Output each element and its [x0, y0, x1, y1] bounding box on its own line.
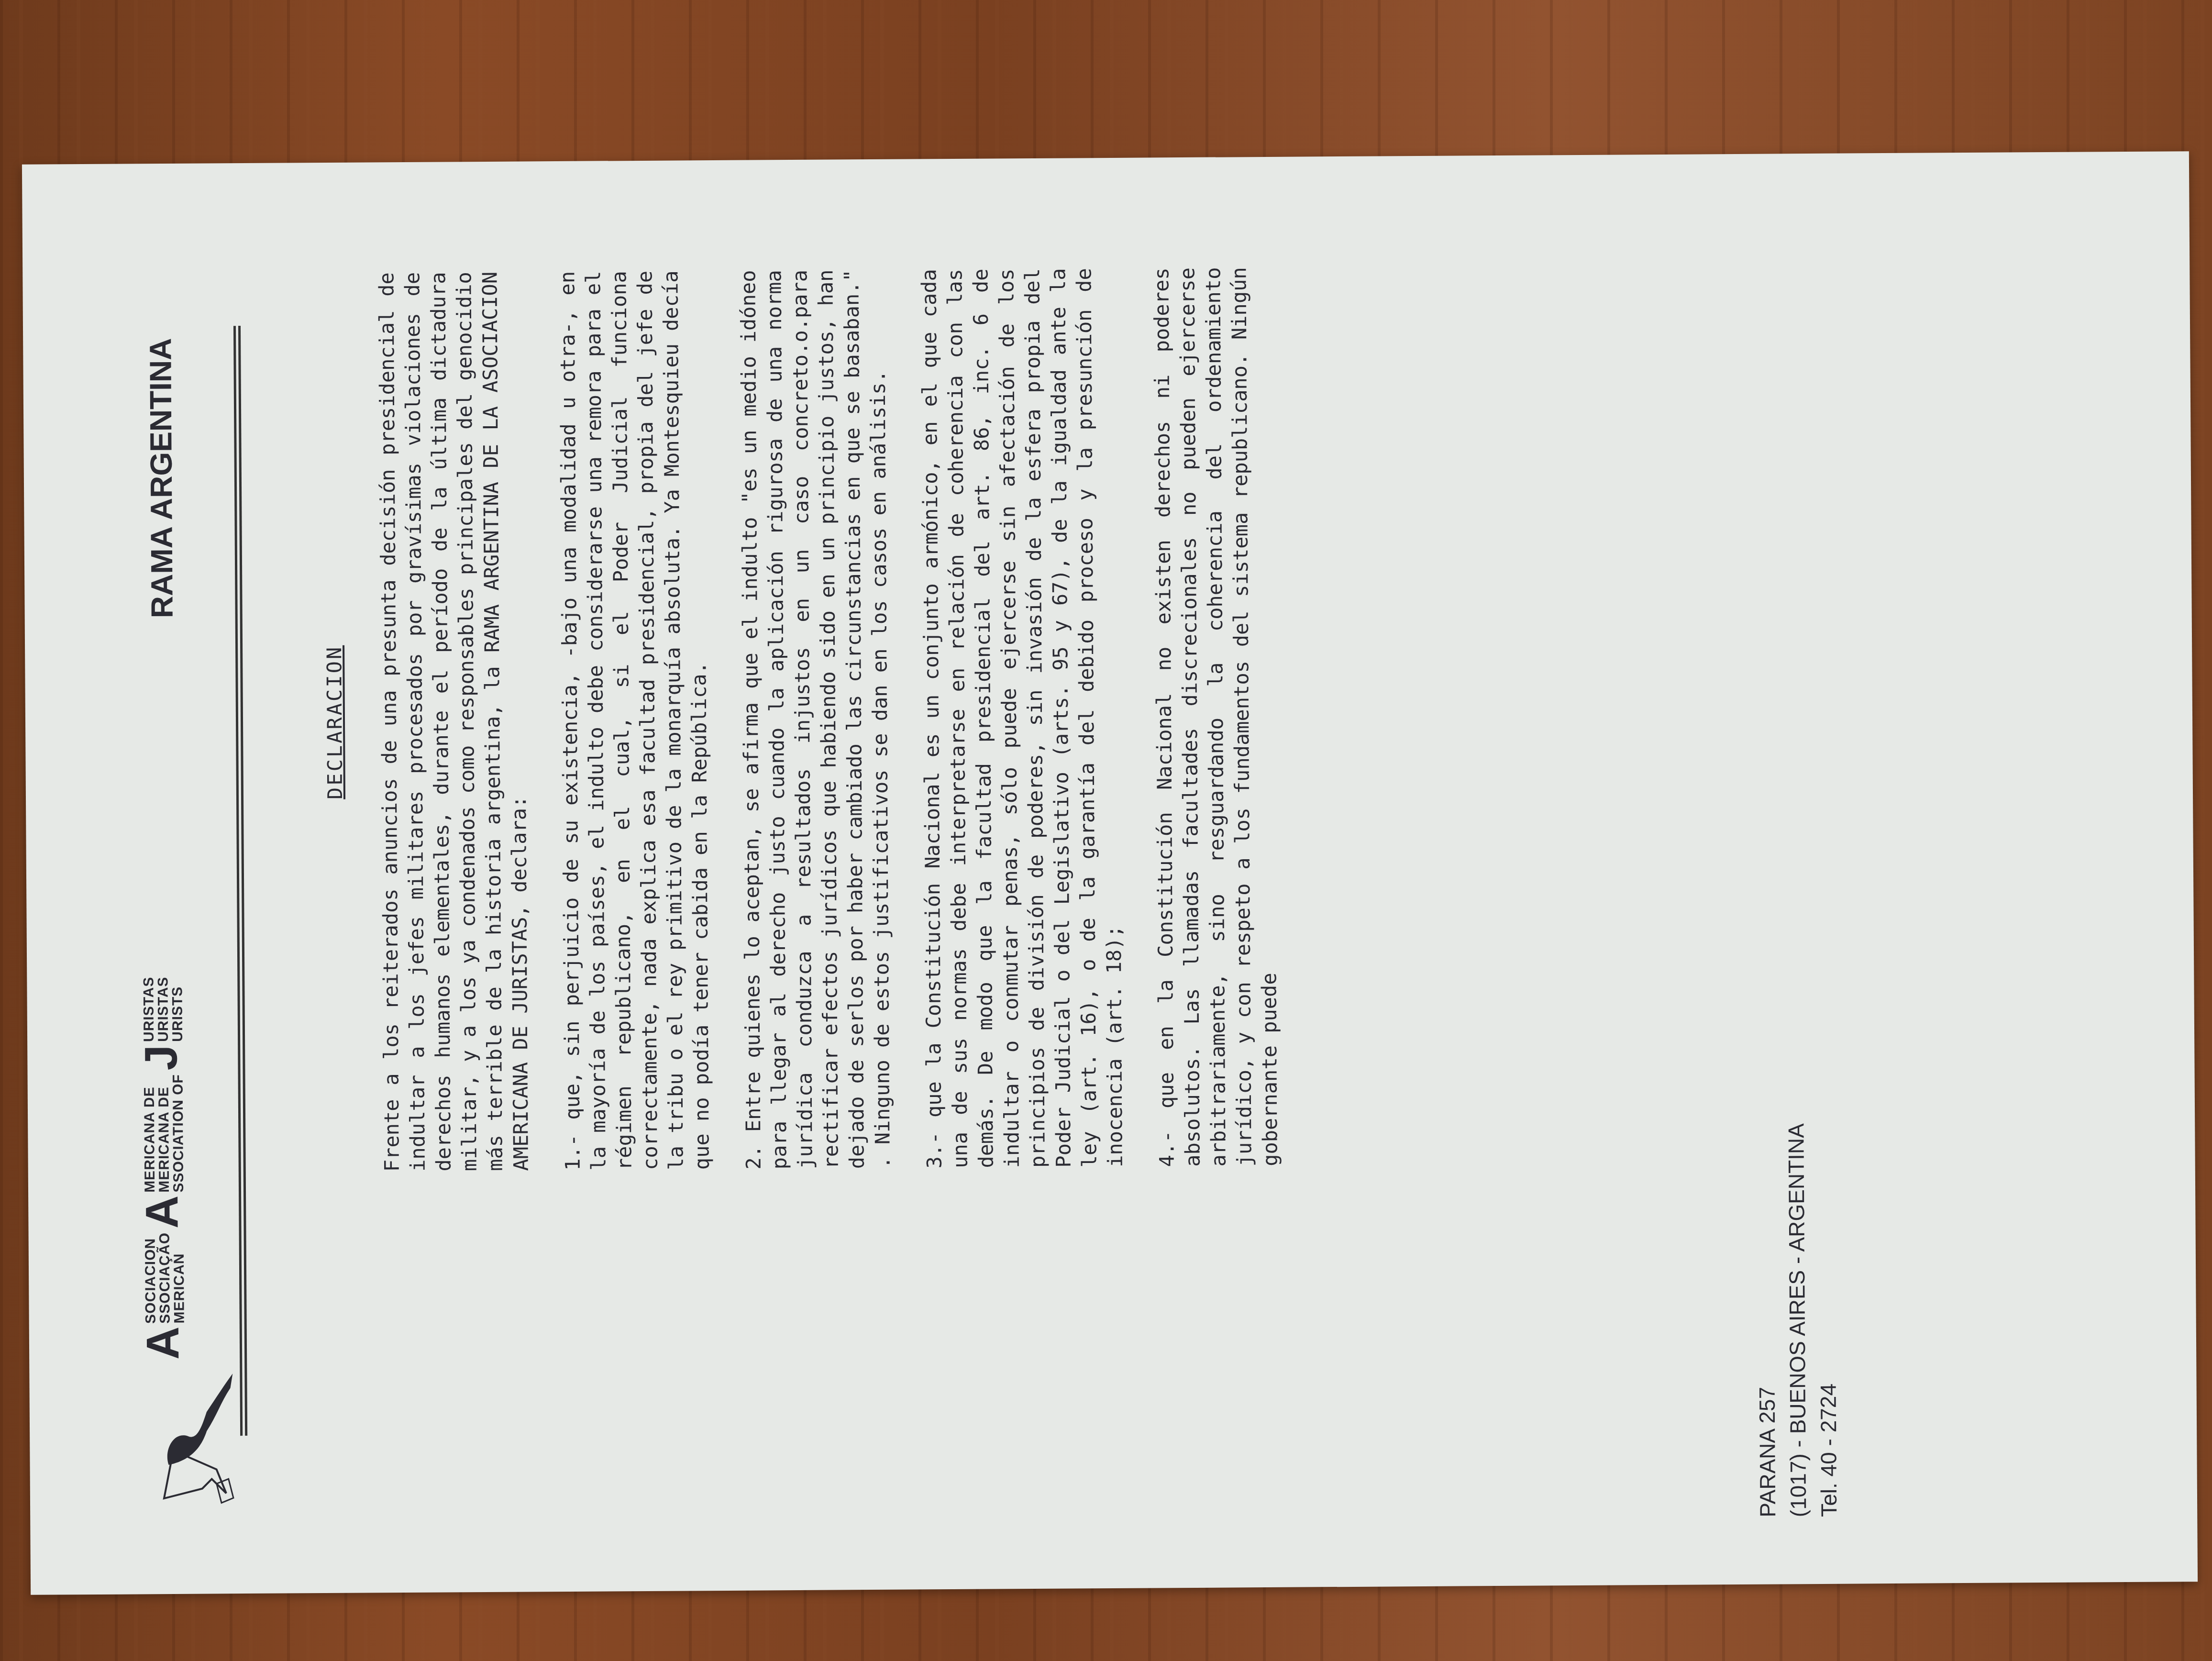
cap-j: J	[142, 1045, 180, 1071]
line: MERICAN	[172, 1232, 187, 1324]
line: MERICANA DE	[143, 1074, 158, 1193]
line: URISTAS	[142, 977, 156, 1042]
line: URISTAS	[156, 976, 171, 1042]
line: SSOCIAÇÃO	[158, 1232, 173, 1324]
line: SSOCIATION OF	[171, 1074, 187, 1193]
declaration-body: DECLARACION Frente a los reiterados anun…	[319, 267, 1309, 1173]
header-rule	[233, 326, 247, 1436]
line: SOCIACION	[144, 1232, 158, 1324]
letter-page: A SOCIACIONSSOCIAÇÃOMERICAN A MERICANA D…	[22, 151, 2198, 1595]
line: MERICANA DE	[157, 1074, 172, 1193]
cap-a: A	[143, 1196, 181, 1229]
street: PARANA 257	[1750, 1123, 1783, 1517]
address-block: PARANA 257 (1017) - BUENOS AIRES - ARGEN…	[1750, 1123, 1844, 1517]
branch-name: RAMA ARGENTINA	[143, 338, 180, 618]
line: URISTS	[170, 976, 185, 1042]
paragraph-intro: Frente a los reiterados anuncios de una …	[374, 271, 534, 1172]
cap-a: A	[144, 1327, 182, 1360]
paragraph-2: 2. Entre quienes lo aceptan, se afirma q…	[735, 269, 896, 1170]
page-content: A SOCIACIONSSOCIAÇÃOMERICAN A MERICANA D…	[22, 151, 2198, 1595]
paragraph-3: 3.- que la Constitución Nacional es un c…	[916, 268, 1128, 1169]
city: (1017) - BUENOS AIRES - ARGENTINA	[1781, 1123, 1814, 1517]
paragraph-4: 4.- que en la Constitución Nacional no e…	[1149, 267, 1283, 1167]
phone: Tel. 40 - 2724	[1811, 1123, 1844, 1517]
dove-americas-logo-icon	[144, 1364, 236, 1508]
letterhead: A SOCIACIONSSOCIAÇÃOMERICAN A MERICANA D…	[142, 976, 236, 1508]
paragraph-1: 1.- que, sin perjuicio de su existencia,…	[554, 270, 715, 1171]
association-name: A SOCIACIONSSOCIAÇÃOMERICAN A MERICANA D…	[142, 976, 187, 1360]
document-title: DECLARACION	[319, 273, 350, 1172]
